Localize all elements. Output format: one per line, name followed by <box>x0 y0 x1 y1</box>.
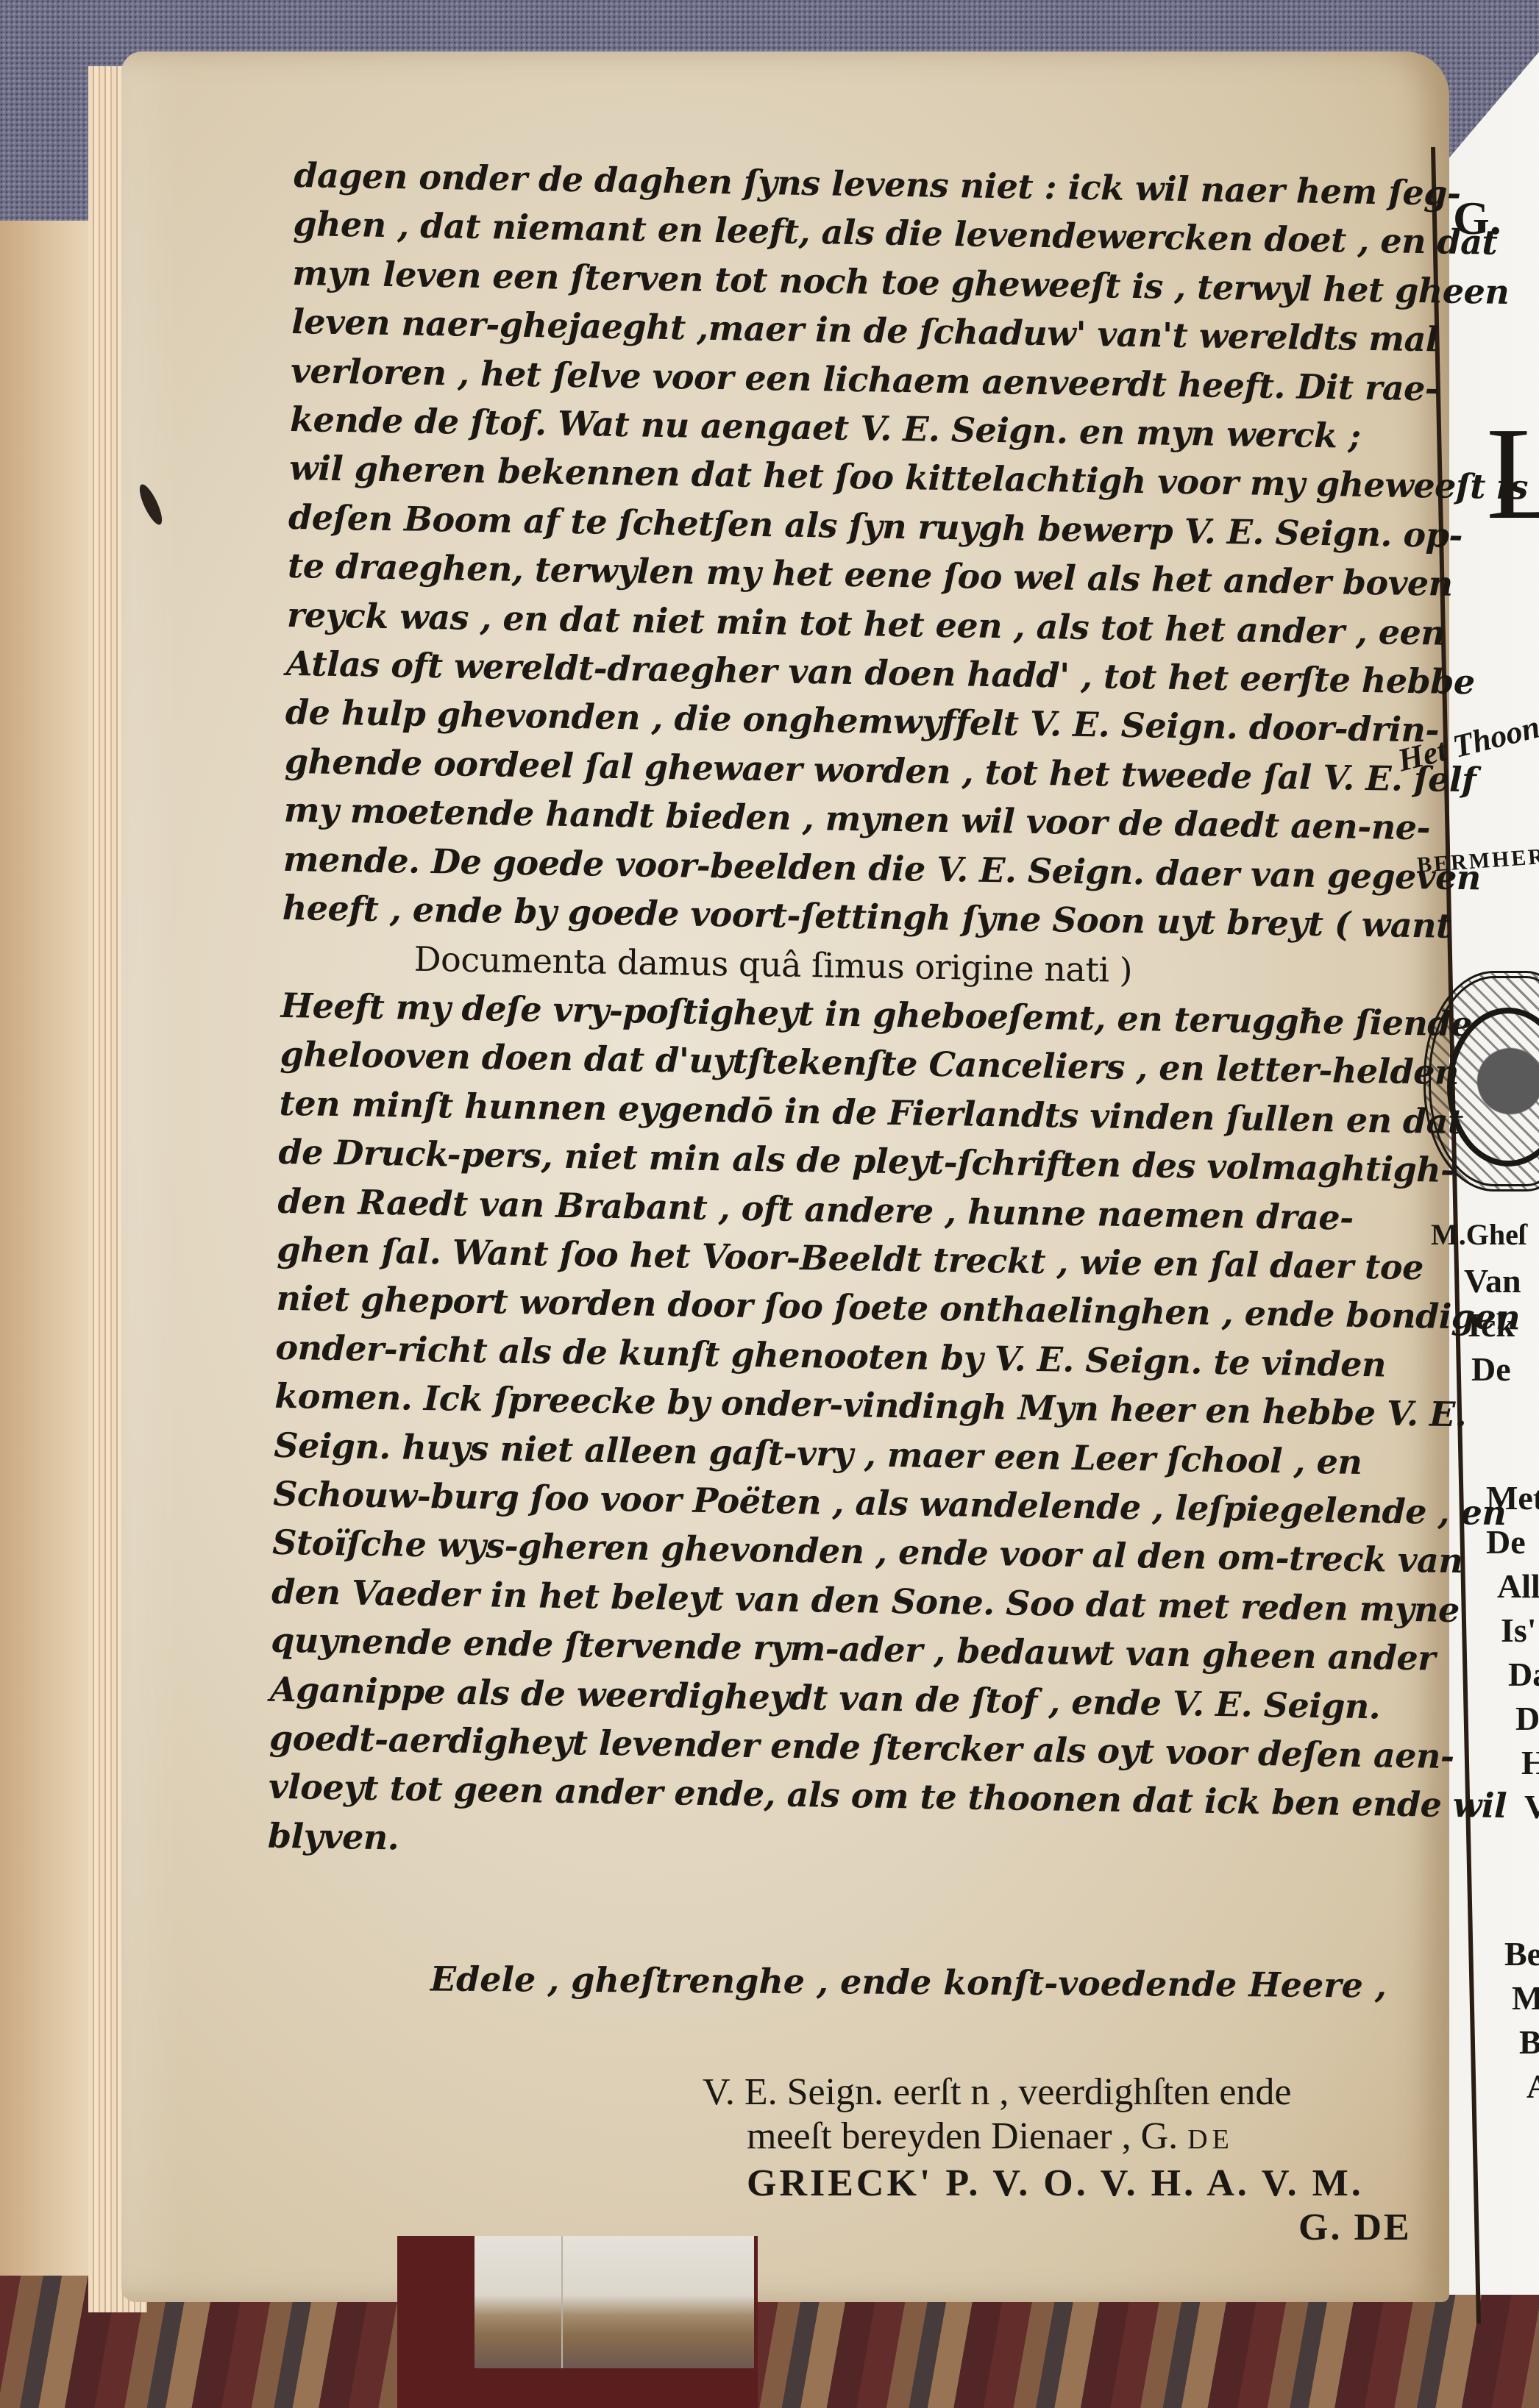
signature-line-2-caps: DE <box>1187 2124 1234 2155</box>
left-page-body: dagen onder de daghen ſyns levens niet :… <box>267 151 1397 1877</box>
right-page-line: De <box>1486 1522 1526 1561</box>
right-page-line: Van <box>1464 1261 1521 1300</box>
closing-salutation: Edele , gheſtrenghe , ende konſt-voedend… <box>430 1959 1387 2005</box>
right-page-line: B <box>1519 2023 1539 2062</box>
right-page-line: Be <box>1504 1934 1539 1973</box>
right-page-line: H <box>1521 1743 1539 1782</box>
right-page-line: A <box>1526 2067 1539 2106</box>
catchword: G. DE <box>703 2206 1438 2250</box>
signature-line-2: meeſt bereyden Dienaer , G. DE <box>703 2115 1438 2162</box>
right-page-line: All <box>1497 1567 1539 1606</box>
right-page-line: M.Gheſ <box>1431 1217 1526 1252</box>
signature-line-2-text: meeſt bereyden Dienaer , G. <box>747 2115 1187 2157</box>
right-page-line: Is' <box>1501 1611 1537 1650</box>
signature-line-1: V. E. Seign. eerſt n , veerdighſten ende <box>703 2070 1438 2115</box>
pasted-image-patch <box>475 2236 754 2368</box>
right-page-line: D <box>1515 1699 1539 1738</box>
signature-block: V. E. Seign. eerſt n , veerdighſten ende… <box>703 2070 1438 2250</box>
right-page-line: M <box>1512 1978 1539 2017</box>
right-page-header: G. <box>1453 191 1501 246</box>
right-page-line: Da <box>1508 1655 1539 1694</box>
right-page-line: Ick <box>1468 1305 1515 1344</box>
signature-line-3: GRIECK' P. V. O. V. H. A. V. M. <box>703 2162 1438 2206</box>
right-page-large-letter: L <box>1486 397 1539 549</box>
right-page-line: Met <box>1486 1478 1539 1517</box>
right-page-line: V <box>1524 1787 1539 1826</box>
right-page-line: De <box>1471 1350 1511 1389</box>
